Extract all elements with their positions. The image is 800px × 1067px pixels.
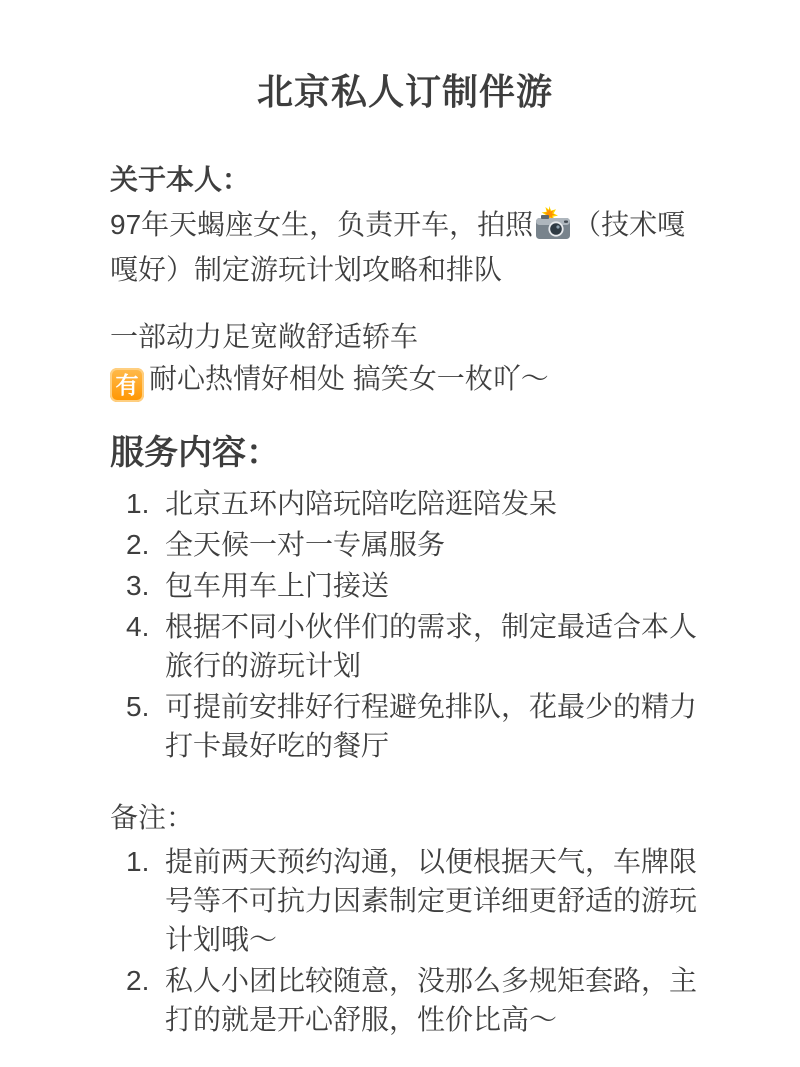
about-intro-text: 97年天蝎座女生，负责开车，拍照 bbox=[110, 209, 533, 240]
service-item: 可提前安排好行程避免排队，花最少的精力打卡最好吃的餐厅 bbox=[110, 687, 700, 765]
service-item: 全天候一对一专属服务 bbox=[110, 525, 700, 564]
about-heading: 关于本人： bbox=[110, 157, 700, 202]
about-body: 97年天蝎座女生，负责开车，拍照（技术嘎嘎好）制定游玩计划攻略和排队 bbox=[110, 202, 700, 292]
have-badge-emoji: 有 bbox=[110, 368, 144, 402]
personality-line: 有耐心热情好相处 搞笑女一枚吖～ bbox=[110, 358, 700, 402]
note-item: 提前两天预约沟通，以便根据天气，车牌限号等不可抗力因素制定更详细更舒适的游玩计划… bbox=[110, 842, 700, 959]
notes-list: 提前两天预约沟通，以便根据天气，车牌限号等不可抗力因素制定更详细更舒适的游玩计划… bbox=[110, 842, 700, 1039]
services-heading: 服务内容： bbox=[110, 430, 700, 476]
camera-flash-emoji bbox=[535, 206, 571, 240]
personality-text: 耐心热情好相处 搞笑女一枚吖～ bbox=[149, 363, 549, 394]
flyer-page: 北京私人订制伴游 关于本人： 97年天蝎座女生，负责开车，拍照（技术嘎嘎好）制定… bbox=[0, 0, 800, 1067]
service-item: 包车用车上门接送 bbox=[110, 566, 700, 605]
notes-heading: 备注： bbox=[110, 795, 700, 840]
services-list: 北京五环内陪玩陪吃陪逛陪发呆 全天候一对一专属服务 包车用车上门接送 根据不同小… bbox=[110, 484, 700, 765]
note-item: 私人小团比较随意，没那么多规矩套路，主打的就是开心舒服，性价比高～ bbox=[110, 961, 700, 1039]
page-title: 北京私人订制伴游 bbox=[110, 68, 700, 115]
car-line: 一部动力足宽敞舒适轿车 bbox=[110, 316, 700, 358]
service-item: 北京五环内陪玩陪吃陪逛陪发呆 bbox=[110, 484, 700, 523]
about-section: 关于本人： 97年天蝎座女生，负责开车，拍照（技术嘎嘎好）制定游玩计划攻略和排队… bbox=[110, 157, 700, 402]
service-item: 根据不同小伙伴们的需求，制定最适合本人旅行的游玩计划 bbox=[110, 607, 700, 685]
